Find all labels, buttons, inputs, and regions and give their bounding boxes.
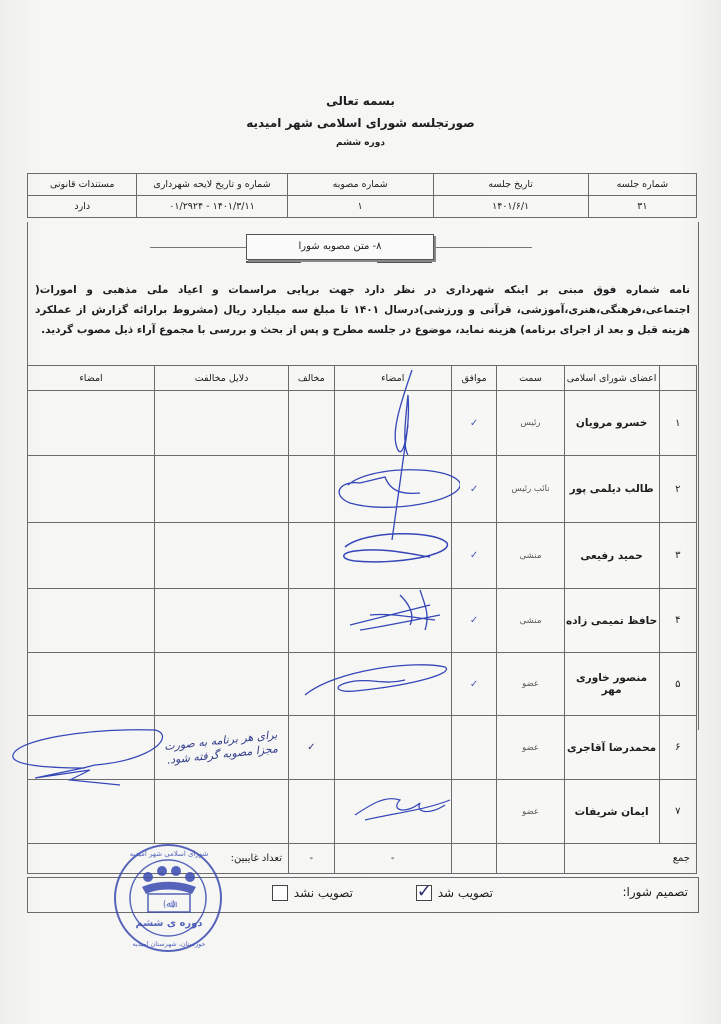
meta-header-session-date: تاریخ جلسه [433,174,588,196]
resolution-text: نامه شماره فوق مبنی بر اینکه شهرداری در … [35,280,690,340]
member-name: حافظ تمیمی زاده [564,589,659,653]
meta-header-legal-documents: مستندات قانونی [28,174,137,196]
signature-cell-2 [28,456,155,523]
row-num: ۵ [659,653,696,716]
meta-header-bill-number-date: شماره و تاریخ لایحه شهرداری [137,174,287,196]
agree-check: ✓ [451,456,497,523]
member-role: منشی [497,523,564,589]
header-signature: امضاء [334,366,451,391]
row-num: ۶ [659,716,696,780]
header-oppose: مخالف [289,366,335,391]
agree-check: ✓ [451,589,497,653]
oppose-check: ✓ [289,716,335,780]
member-role: عضو [497,653,564,716]
oppose-cell [289,780,335,844]
approved-checkbox[interactable]: ✓ [416,885,432,901]
meta-session-number: ۳۱ [588,196,696,218]
member-role: منشی [497,589,564,653]
header-members: اعضای شورای اسلامی [564,366,659,391]
oppose-cell [289,589,335,653]
header-num [659,366,696,391]
rejected-label: تصویب نشد [294,886,353,900]
council-decision: تصمیم شورا: تصویب شد ✓ تصویب نشد [27,877,699,913]
oppose-cell [289,653,335,716]
signature-cell [334,523,451,589]
header-agree: موافق [451,366,497,391]
table-row: ۷ ایمان شریفات عضو [28,780,697,844]
agree-check [451,780,497,844]
invocation: بسمه تعالی [0,94,721,108]
handwritten-reason: برای هر برنامه به صورت مجزا مصوبه گرفته … [154,727,289,769]
agree-total-cell [451,844,497,874]
ribbon-line-right [432,247,532,248]
approved-label: تصویب شد [438,886,493,900]
oppose-cell [289,391,335,456]
reason-cell [155,523,289,589]
signature-cell [334,716,451,780]
total-blank [497,844,564,874]
agree-check [451,716,497,780]
reason-cell [155,456,289,523]
meta-resolution-number: ۱ [287,196,433,218]
summary-row: جمع - - تعداد غایبین: [28,844,697,874]
row-num: ۴ [659,589,696,653]
agree-check: ✓ [451,391,497,456]
agree-check: ✓ [451,523,497,589]
header-reasons: دلایل مخالفت [155,366,289,391]
member-name: خسرو مرویان [564,391,659,456]
check-icon: ✓ [417,881,432,902]
member-role: عضو [497,780,564,844]
oppose-cell [289,523,335,589]
signature-cell [334,780,451,844]
table-row: ۳ حمید رفیعی منشی ✓ [28,523,697,589]
member-name: طالب دیلمی پور [564,456,659,523]
table-row: ۵ منصور خاوری مهر عضو ✓ [28,653,697,716]
signature-cell [334,653,451,716]
decision-label: تصمیم شورا: [622,885,688,899]
signature-cell-2 [28,589,155,653]
svg-text:خوزستان، شهرستان امیدیه: خوزستان، شهرستان امیدیه [132,940,205,948]
oppose-total: - [289,844,335,874]
reason-cell [155,780,289,844]
header-signature-2: امضاء [28,366,155,391]
document-page: بسمه تعالی صورتجلسه شورای اسلامی شهر امی… [0,0,721,1024]
signature-cell-2 [28,780,155,844]
meta-legal-documents: دارد [28,196,137,218]
rejected-checkbox[interactable] [272,885,288,901]
header-role: سمت [497,366,564,391]
svg-text:دوره ی ششم: دوره ی ششم [136,918,203,929]
table-row: ۶ محمدرضا آقاجری عضو ✓ برای هر برنامه به… [28,716,697,780]
member-name: منصور خاوری مهر [564,653,659,716]
signature-cell [334,391,451,456]
signature-cell [334,456,451,523]
table-row: ۲ طالب دیلمی پور نائب رئیس ✓ [28,456,697,523]
reason-cell [155,391,289,456]
document-title: صورتجلسه شورای اسلامی شهر امیدیه [0,116,721,130]
meta-header-session-number: شماره جلسه [588,174,696,196]
row-num: ۱ [659,391,696,456]
member-role: رئیس [497,391,564,456]
members-header-row: اعضای شورای اسلامی سمت موافق امضاء مخالف… [28,366,697,391]
signature-cell-2 [28,653,155,716]
meta-table: شماره جلسه تاریخ جلسه شماره مصوبه شماره … [27,173,697,218]
member-role: عضو [497,716,564,780]
reason-cell: برای هر برنامه به صورت مجزا مصوبه گرفته … [155,716,289,780]
members-table: اعضای شورای اسلامی سمت موافق امضاء مخالف… [27,365,697,874]
signature-cell-2 [28,716,155,780]
decision-rejected: تصویب نشد [272,885,353,901]
decision-approved: تصویب شد ✓ [416,885,493,901]
total-label: جمع [564,844,696,874]
ribbon-line-left [150,247,246,248]
signature-cell-2 [28,523,155,589]
agree-check: ✓ [451,653,497,716]
oppose-cell [289,456,335,523]
reason-cell [155,589,289,653]
meta-session-date: ۱۴۰۱/۶/۱ [433,196,588,218]
section-title: ۸- متن مصوبه شورا [246,234,434,260]
meta-header-resolution-number: شماره مصوبه [287,174,433,196]
row-num: ۷ [659,780,696,844]
agree-total: - [334,844,451,874]
member-name: ایمان شریفات [564,780,659,844]
term-label: دوره ششم [0,138,721,148]
table-row: ۱ خسرو مرویان رئیس ✓ [28,391,697,456]
absent-count-label: تعداد غایبین: [28,844,289,874]
meta-bill-number-date: ۱۴۰۱/۳/۱۱ - ۰۱/۲۹۲۴ [137,196,287,218]
member-name: حمید رفیعی [564,523,659,589]
table-row: ۴ حافظ تمیمی زاده منشی ✓ [28,589,697,653]
reason-cell [155,653,289,716]
row-num: ۳ [659,523,696,589]
signature-cell-2 [28,391,155,456]
signature-cell [334,589,451,653]
member-name: محمدرضا آقاجری [564,716,659,780]
row-num: ۲ [659,456,696,523]
member-role: نائب رئیس [497,456,564,523]
